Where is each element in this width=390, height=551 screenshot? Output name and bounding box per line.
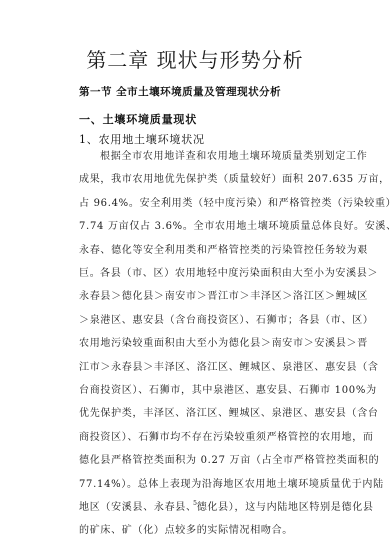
paragraph-line: 江市＞永春县＞丰泽区、洛江区、鲤城区、泉港区、惠安县（含 [79, 356, 333, 379]
paragraph-line: 优先保护类，丰泽区、洛江区、鲤城区、泉港区、惠安县（含台 [79, 402, 333, 425]
paragraph-line: 商投资区）、石狮市均不存在污染较重须严格管控的农用地，而 [79, 426, 333, 449]
paragraph-line: 7.74 万亩仅占 3.6%。全市农用地土壤环境质量总体良好。安溪、 [79, 215, 333, 238]
paragraph-line: 根据全市农用地详查和农用地土壤环境质量类别划定工作 [79, 145, 333, 168]
paragraph-line: 的矿床、矿（化）点较多的实际情况相吻合。 [79, 519, 333, 542]
paragraph-line: 永春县＞德化县＞南安市＞晋江市＞丰泽区＞洛江区＞鲤城区 [79, 285, 333, 308]
chapter-title: 第二章 现状与形势分析 [0, 44, 390, 73]
paragraph-line: 德化县严格管控类面积为 0.27 万亩（占全市严格管控类面积的 [79, 449, 333, 472]
paragraph-line: 成果，我市农用地优先保护类（质量较好）面积 207.635 万亩， [79, 168, 333, 191]
paragraph-line: 占 96.4%。安全利用类（轻中度污染）和严格管控类（污染较重） [79, 192, 333, 215]
section-title: 第一节 全市土壤环境质量及管理现状分析 [79, 84, 281, 99]
paragraph-line: 各县（市、区）农用地轻中度污染面积由大至小为安溪县＞ [79, 262, 333, 285]
paragraph-line: ＞泉港区、惠安县（含台商投资区）、石狮市；各县（市、区） [79, 309, 333, 332]
paragraph-line: 77.14%）。总体上表现为沿海地区农用地土壤环境质量优于内陆 [79, 473, 333, 496]
page-number: 5 [0, 500, 390, 507]
document-page: 第二章 现状与形势分析 第一节 全市土壤环境质量及管理现状分析 一、土壤环境质量… [0, 0, 390, 551]
paragraph-line: 农用地污染较重面积由大至小为德化县＞南安市＞安溪县＞晋 [79, 332, 333, 355]
paragraph-line: 台商投资区）、石狮市，其中泉港区、惠安县、石狮市 100%为 [79, 379, 333, 402]
heading-soil-quality-status: 一、土壤环境质量现状 [79, 111, 197, 127]
paragraph-line: 永春、德化等安全利用类和严格管控类的污染管控任务较为艰 [79, 239, 333, 262]
